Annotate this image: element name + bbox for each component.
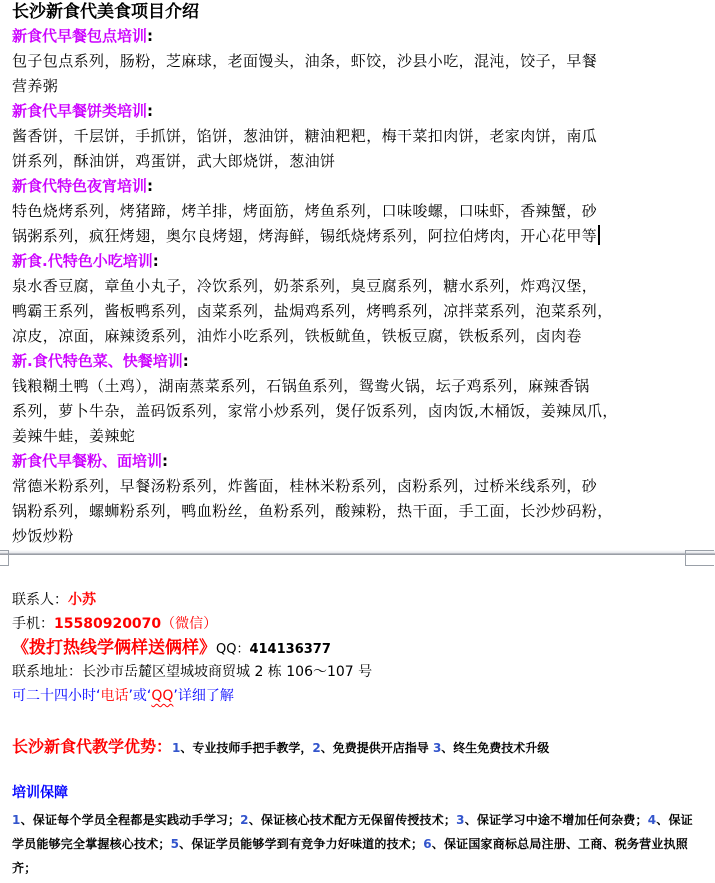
- heading-colon: :: [183, 352, 189, 370]
- qq-number: 414136377: [249, 642, 330, 657]
- section-heading: 新食.代特色小吃培训: [12, 252, 153, 270]
- section-body: 常德米粉系列，早餐汤粉系列，炸酱面，桂林米粉系列，卤粉系列，过桥米线系列，砂: [12, 474, 702, 499]
- phone-number: 15580920070: [54, 616, 161, 632]
- heading-colon: :: [147, 27, 153, 45]
- hours-mid: ’或‘: [128, 688, 151, 704]
- section-body: 姜辣牛蛙，姜辣蛇: [12, 424, 702, 449]
- section-body: 酱香饼，千层饼，手抓饼，馅饼，葱油饼，糖油粑粑，梅干菜扣肉饼，老家肉饼，南瓜: [12, 124, 702, 149]
- contact-block: 联系人：小苏 手机：15580920070（微信） 《拨打热线学俩样送俩样》QQ…: [12, 588, 702, 708]
- advantage-item: 、专业技师手把手教学，: [180, 741, 312, 755]
- section-night-snacks: 新食代特色夜宵培训: 特色烧烤系列，烤猪蹄，烤羊排，烤面筋，烤鱼系列，口味唆螺，…: [12, 174, 702, 249]
- address-value: 长沙市岳麓区望城坡商贸城 2 栋 106～107 号: [82, 664, 372, 680]
- crop-mark-right-icon: [685, 550, 714, 566]
- section-body: 饼系列，酥油饼，鸡蛋饼，武大郎烧饼，葱油饼: [12, 149, 702, 174]
- section-heading: 新食代特色夜宵培训: [12, 177, 147, 195]
- section-body: 鸭霸王系列，酱板鸭系列，卤菜系列，盐焗鸡系列，烤鸭系列，凉拌菜系列，泡菜系列，: [12, 299, 702, 324]
- section-body: 凉皮，凉面，麻辣烫系列，油炸小吃系列，铁板鱿鱼，铁板豆腐，铁板系列，卤肉卷: [12, 324, 702, 349]
- contact-phone: 手机：15580920070（微信）: [12, 612, 702, 636]
- guarantee-item: 、保证学习中途不增加任何杂费；: [465, 813, 648, 827]
- text-cursor: [598, 225, 600, 245]
- advantage-item: 、终生免费技术升级: [441, 741, 549, 755]
- section-dishes-fastfood: 新.食代特色菜、快餐培训: 钱粮糊土鸭（土鸡），湖南蒸菜系列，石锅鱼系列，鸳鸯火…: [12, 349, 702, 449]
- hours-prefix: 可二十四小时‘: [12, 688, 100, 704]
- guarantee-num: 6: [423, 837, 432, 851]
- phone-note: （微信）: [161, 616, 217, 632]
- person-label: 联系人：: [12, 592, 68, 608]
- section-breakfast-buns: 新食代早餐包点培训: 包子包点系列，肠粉，芝麻球，老面馒头，油条，虾饺，沙县小吃…: [12, 24, 702, 99]
- section-heading: 新.食代特色菜、快餐培训: [12, 352, 183, 370]
- guarantee-item: 、保证核心技术配方无保留传授技术；: [249, 813, 456, 827]
- heading-colon: :: [147, 177, 153, 195]
- hours-phone: 电话: [100, 688, 128, 704]
- contact-person: 联系人：小苏: [12, 588, 702, 612]
- section-body: 泉水香豆腐，章鱼小丸子，冷饮系列，奶茶系列，臭豆腐系列，糖水系列，炸鸡汉堡，: [12, 274, 702, 299]
- heading-colon: :: [147, 102, 153, 120]
- section-body: 包子包点系列，肠粉，芝麻球，老面馒头，油条，虾饺，沙县小吃，混沌，饺子，早餐: [12, 49, 702, 74]
- training-guarantee: 培训保障 1、保证每个学员全程都是实践动手学习；2、保证核心技术配方无保留传授技…: [12, 782, 702, 880]
- guarantee-num: 3: [456, 813, 465, 827]
- advantage-item: 、免费提供开店指导: [321, 741, 433, 755]
- guarantee-num: 2: [240, 813, 249, 827]
- guarantee-title: 培训保障: [12, 782, 702, 804]
- hours-qq-spellcheck: QQ: [151, 688, 173, 704]
- teaching-advantages: 长沙新食代教学优势：1、专业技师手把手教学，2、免费提供开店指导 3、终生免费技…: [12, 734, 549, 757]
- advantage-num: 2: [312, 741, 320, 755]
- section-noodles: 新食代早餐粉、面培训: 常德米粉系列，早餐汤粉系列，炸酱面，桂林米粉系列，卤粉系…: [12, 449, 702, 549]
- contact-hours: 可二十四小时‘电话’或‘QQ’详细了解: [12, 684, 702, 708]
- section-heading: 新食代早餐粉、面培训: [12, 452, 162, 470]
- phone-label: 手机：: [12, 616, 54, 632]
- section-body: 营养粥: [12, 74, 702, 99]
- document-title: 长沙新食代美食项目介绍: [12, 0, 702, 24]
- page-break-separator: [0, 550, 715, 556]
- section-breakfast-pancakes: 新食代早餐饼类培训: 酱香饼，千层饼，手抓饼，馅饼，葱油饼，糖油粑粑，梅干菜扣肉…: [12, 99, 702, 174]
- guarantee-item: 、保证每个学员全程都是实践动手学习；: [21, 813, 241, 827]
- section-body: 特色烧烤系列，烤猪蹄，烤羊排，烤面筋，烤鱼系列，口味唆螺，口味虾，香辣蟹，砂: [12, 199, 702, 224]
- document-page-top: 长沙新食代美食项目介绍 新食代早餐包点培训: 包子包点系列，肠粉，芝麻球，老面馒…: [12, 0, 702, 549]
- guarantee-item: 、保证学员能够学到有竞争力好味道的技术；: [179, 837, 423, 851]
- section-body: 锅粉系列，螺蛳粉系列，鸭血粉丝，鱼粉系列，酸辣粉，热干面，手工面，长沙炒码粉，: [12, 499, 702, 524]
- guarantee-num: 1: [12, 813, 21, 827]
- section-snacks: 新食.代特色小吃培训: 泉水香豆腐，章鱼小丸子，冷饮系列，奶茶系列，臭豆腐系列，…: [12, 249, 702, 349]
- heading-colon: :: [153, 252, 159, 270]
- crop-mark-left-icon: [0, 550, 9, 566]
- guarantee-body: 1、保证每个学员全程都是实践动手学习；2、保证核心技术配方无保留传授技术；3、保…: [12, 808, 702, 880]
- person-name: 小苏: [68, 592, 96, 608]
- guarantee-num: 5: [171, 837, 180, 851]
- section-heading: 新食代早餐包点培训: [12, 27, 147, 45]
- heading-colon: :: [162, 452, 168, 470]
- section-body: 炒饭炒粉: [12, 524, 702, 549]
- address-label: 联系地址：: [12, 664, 82, 680]
- hotline-slogan: 《拨打热线学俩样送俩样》: [12, 638, 216, 658]
- qq-label: QQ：: [216, 642, 249, 657]
- advantage-title: 长沙新食代教学优势：: [12, 737, 172, 756]
- contact-hotline: 《拨打热线学俩样送俩样》QQ：414136377: [12, 636, 702, 660]
- section-body: 钱粮糊土鸭（土鸡），湖南蒸菜系列，石锅鱼系列，鸳鸯火锅，坛子鸡系列，麻辣香锅: [12, 374, 702, 399]
- contact-address: 联系地址：长沙市岳麓区望城坡商贸城 2 栋 106～107 号: [12, 660, 702, 684]
- section-heading: 新食代早餐饼类培训: [12, 102, 147, 120]
- section-body: 系列，萝卜牛杂，盖码饭系列，家常小炒系列，煲仔饭系列，卤肉饭,木桶饭，姜辣凤爪，: [12, 399, 702, 424]
- hours-suffix: ’详细了解: [173, 688, 233, 704]
- section-body: 锅粥系列，疯狂烤翅，奥尔良烤翅，烤海鲜，锡纸烧烤系列，阿拉伯烤肉，开心花甲等: [12, 227, 597, 245]
- guarantee-num: 4: [648, 813, 657, 827]
